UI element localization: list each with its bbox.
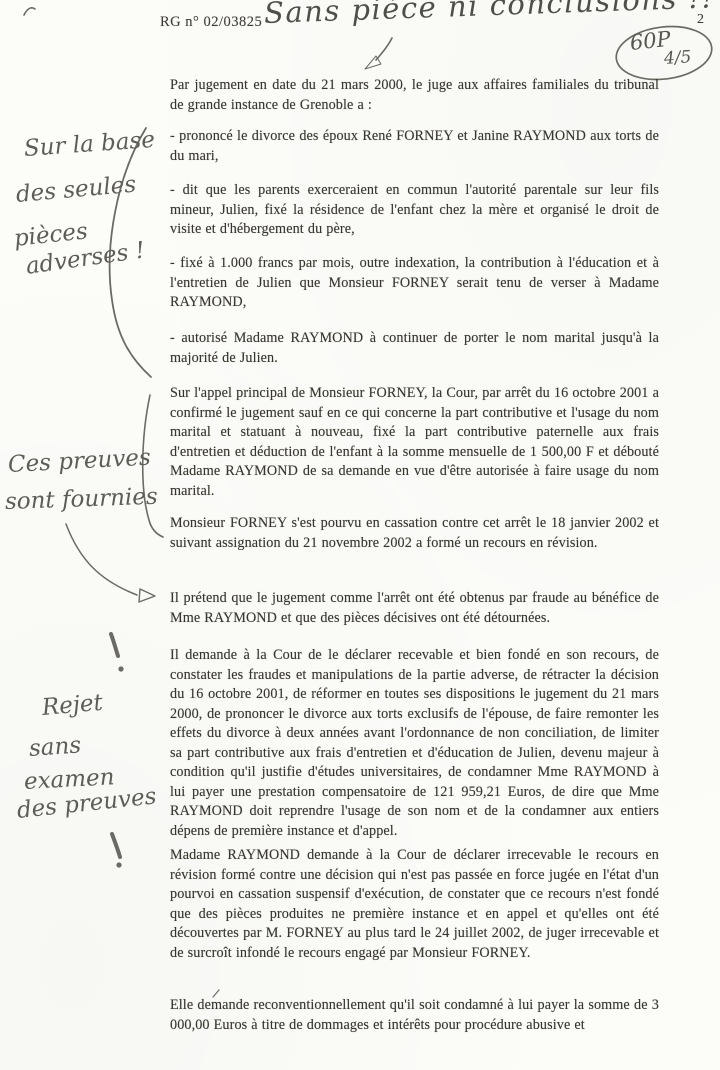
margin-note-rejet-line2: sans (28, 732, 82, 762)
title-down-arrow-icon (376, 38, 392, 60)
rg-case-number: RG n° 02/03825 (160, 14, 262, 31)
exclamation-dot-bottom-icon (116, 862, 121, 867)
exclamation-dot-top-icon (118, 666, 123, 671)
margin-note-pieces-line1: Sur la base (23, 127, 156, 162)
paragraph-pourvoi: Monsieur FORNEY s'est pourvu en cassatio… (170, 514, 659, 553)
note-curved-arrow-icon (66, 524, 137, 595)
paragraph-jugement-intro: Par jugement en date du 21 mars 2000, le… (170, 76, 659, 115)
paragraph-reconvention: Elle demande reconventionnellement qu'il… (170, 996, 659, 1035)
paragraph-bullet-pension: - fixé à 1.000 francs par mois, outre in… (170, 254, 659, 313)
paragraph-bullet-divorce: - prononcé le divorce des époux René FOR… (170, 127, 659, 166)
margin-note-rejet-line1: Rejet (41, 690, 104, 721)
stamp-text-bottom: 4/5 (663, 47, 692, 69)
margin-note-preuves-line1: Ces preuves (7, 445, 151, 478)
margin-note-pieces-line2: des seules (15, 172, 137, 208)
note-curved-arrow-head-icon (139, 589, 155, 602)
exclamation-mark-bottom-icon (112, 834, 120, 857)
scanned-court-document-page: RG n° 02/03825 Sans pièce ni conclusions… (0, 0, 720, 1070)
title-down-arrow-head-icon (365, 56, 381, 69)
exclamation-mark-top-icon (111, 634, 118, 656)
paragraph-pretend-fraude: Il prétend que le jugement comme l'arrêt… (170, 589, 659, 628)
corner-scribble-icon (24, 8, 35, 15)
paragraph-bullet-nom: - autorisé Madame RAYMOND à continuer de… (170, 329, 659, 368)
paragraph-bullet-autorite: - dit que les parents exerceraient en co… (170, 181, 659, 240)
paragraph-demandes-forney: Il demande à la Cour de le déclarer rece… (170, 646, 659, 841)
paragraph-appel-principal: Sur l'appel principal de Monsieur FORNEY… (170, 384, 659, 501)
margin-note-preuves-line2: sont fournies (5, 484, 159, 515)
paragraph-demandes-raymond: Madame RAYMOND demande à la Cour de décl… (170, 846, 659, 963)
